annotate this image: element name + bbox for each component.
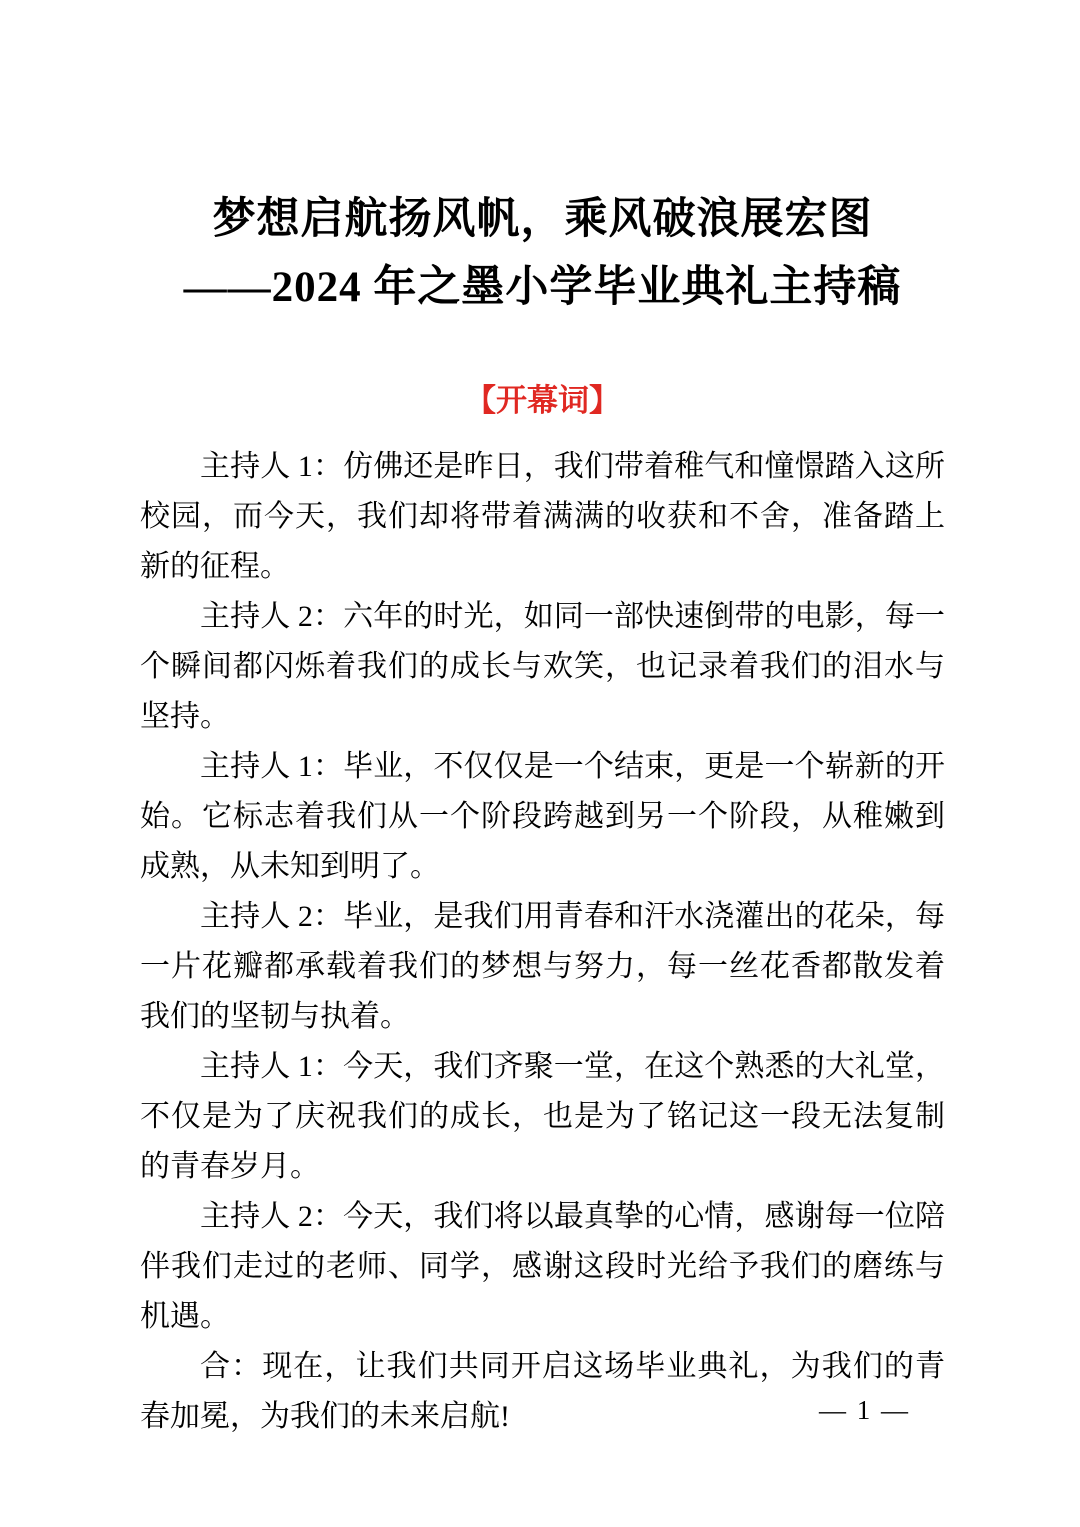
title-block: 梦想启航扬风帆，乘风破浪展宏图 ——2024 年之墨小学毕业典礼主持稿 xyxy=(140,186,945,322)
document-body: 主持人 1：仿佛还是昨日，我们带着稚气和憧憬踏入这所校园，而今天，我们却将带着满… xyxy=(140,442,945,1442)
speaker-label: 主持人 1： xyxy=(200,1050,343,1083)
section-header-opening-remarks: 【开幕词】 xyxy=(140,384,945,418)
speaker-label: 主持人 1： xyxy=(200,450,343,483)
document-page: 梦想启航扬风帆，乘风破浪展宏图 ——2024 年之墨小学毕业典礼主持稿 【开幕词… xyxy=(0,0,1080,1527)
speaker-label: 合： xyxy=(200,1350,262,1383)
speaker-label: 主持人 2： xyxy=(200,1200,343,1233)
speaker-label: 主持人 2： xyxy=(200,900,343,933)
page-number: — 1 — xyxy=(819,1392,910,1428)
script-paragraph: 主持人 2：今天，我们将以最真挚的心情，感谢每一位陪伴我们走过的老师、同学，感谢… xyxy=(140,1192,945,1342)
script-paragraph: 主持人 1：今天，我们齐聚一堂，在这个熟悉的大礼堂，不仅是为了庆祝我们的成长，也… xyxy=(140,1042,945,1192)
document-title: 梦想启航扬风帆，乘风破浪展宏图 xyxy=(140,186,945,254)
script-paragraph: 主持人 1：毕业，不仅仅是一个结束，更是一个崭新的开始。它标志着我们从一个阶段跨… xyxy=(140,742,945,892)
document-subtitle: ——2024 年之墨小学毕业典礼主持稿 xyxy=(140,254,945,322)
script-paragraph: 主持人 2：毕业，是我们用青春和汗水浇灌出的花朵，每一片花瓣都承载着我们的梦想与… xyxy=(140,892,945,1042)
script-paragraph: 主持人 2：六年的时光，如同一部快速倒带的电影，每一个瞬间都闪烁着我们的成长与欢… xyxy=(140,592,945,742)
speaker-label: 主持人 2： xyxy=(200,600,343,633)
speaker-label: 主持人 1： xyxy=(200,750,343,783)
script-paragraph: 主持人 1：仿佛还是昨日，我们带着稚气和憧憬踏入这所校园，而今天，我们却将带着满… xyxy=(140,442,945,592)
